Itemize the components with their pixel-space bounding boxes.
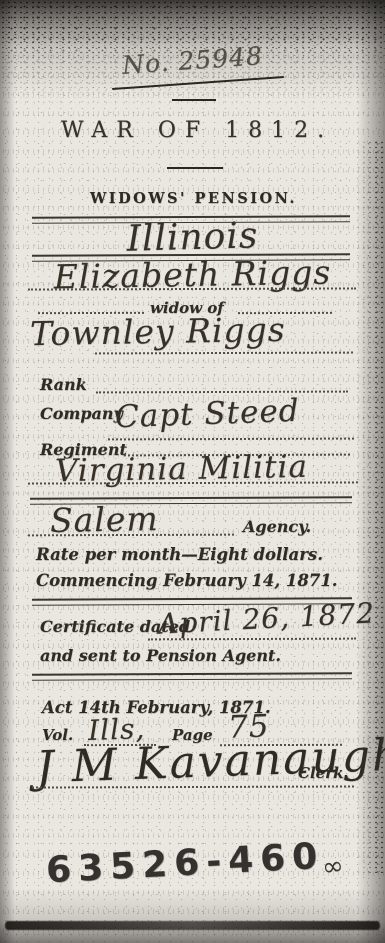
- soldier-name-field: Townley Riggs: [30, 310, 286, 353]
- case-number: No. 25948: [0, 33, 385, 89]
- dotted-rule: [108, 438, 354, 441]
- pension-document-page: No. 25948 WAR OF 1812. WIDOWS' PENSION. …: [0, 0, 385, 943]
- clerk-label: Clerk.: [298, 764, 349, 782]
- dotted-rule: [95, 352, 353, 355]
- company-label: Company: [40, 404, 123, 423]
- company-field: Capt Steed: [114, 393, 300, 435]
- widow-name-field: Elizabeth Riggs: [0, 252, 385, 298]
- rate-per-month-line: Rate per month—Eight dollars.: [36, 545, 323, 564]
- double-rule: [32, 672, 352, 680]
- document-subtitle: WIDOWS' PENSION.: [0, 190, 385, 207]
- dotted-rule: [32, 785, 354, 788]
- bottom-scan-edge: [5, 921, 380, 930]
- dotted-rule: [28, 534, 234, 537]
- dotted-rule: [96, 391, 348, 394]
- document-title: WAR OF 1812.: [0, 118, 385, 143]
- sent-to-pension-agent-line: and sent to Pension Agent.: [40, 646, 281, 665]
- divider-rule: [172, 99, 216, 101]
- pencil-file-number: 63526-460: [45, 836, 325, 892]
- divider-rule: [167, 167, 223, 169]
- rank-label: Rank: [40, 375, 87, 394]
- scribble-mark-icon: ∞: [320, 851, 346, 884]
- commencing-line: Commencing February 14, 1871.: [36, 571, 338, 590]
- dotted-rule: [148, 638, 356, 641]
- agency-label: Agency.: [243, 517, 311, 536]
